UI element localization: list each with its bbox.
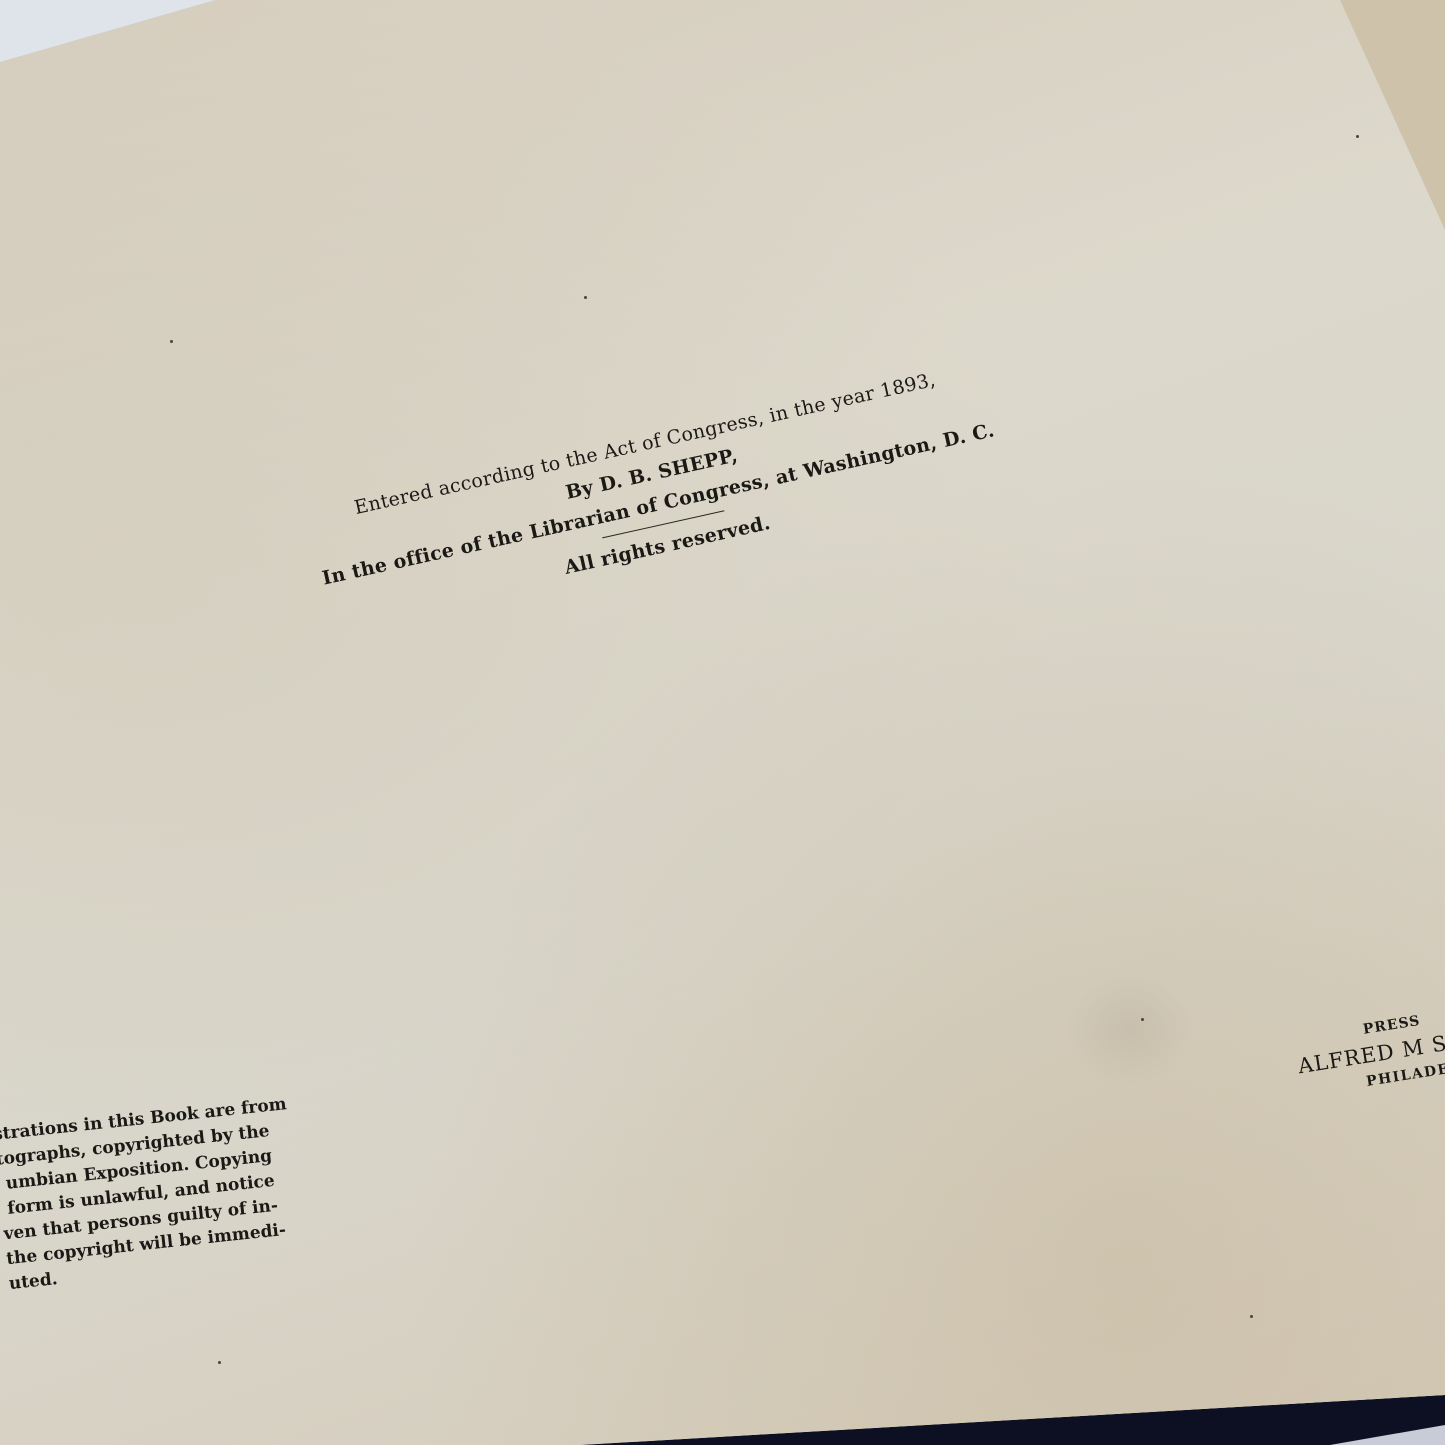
paper-speck bbox=[584, 296, 587, 299]
paper-speck bbox=[218, 1361, 221, 1364]
illustration-notice: strations in this Book are from tographs… bbox=[0, 1094, 284, 1297]
photo-scene: Entered according to the Act of Congress… bbox=[0, 0, 1445, 1445]
paper-speck bbox=[1141, 1018, 1144, 1021]
paper-speck bbox=[1250, 1315, 1253, 1318]
paper-speck bbox=[1356, 135, 1359, 138]
paper-speck bbox=[170, 340, 173, 343]
